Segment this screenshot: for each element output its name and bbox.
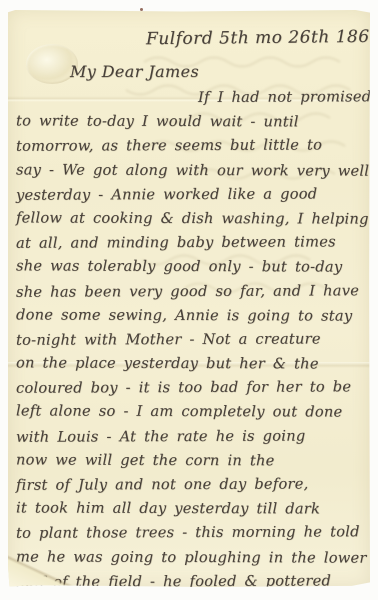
letter-line: me he was going to ploughing in the lowe…	[16, 545, 366, 570]
letter-line: say - We got along with our work very we…	[16, 158, 366, 183]
date-line: Fulford 5th mo 26th 1863	[146, 27, 370, 49]
letter-line: yesterday - Annie worked like a good	[16, 182, 366, 208]
letter-line: first of July and not one day before,	[16, 472, 366, 498]
letter-line: coloured boy - it is too bad for her to …	[16, 375, 366, 401]
letter-line: half of the field - he fooled & pottered	[16, 569, 366, 587]
letter-line: she has been very good so far, and I hav…	[16, 279, 366, 305]
letter-line: now we will get the corn in the	[16, 448, 366, 473]
letter-line: she was tolerably good only - but to-day	[16, 255, 366, 280]
letter-body: If I had not promised to write to-day I …	[16, 86, 366, 587]
letter-line: left alone so - I am completely out done	[16, 400, 366, 425]
letter-line: fellow at cooking & dish washing, I help…	[16, 206, 366, 231]
letter-line: it took him all day yesterday till dark	[16, 497, 366, 522]
letter-line: If I had not promised	[16, 85, 366, 111]
letter-line: with Louis - At the rate he is going	[16, 424, 366, 450]
letter-line: to write to-day I would wait - until	[16, 110, 366, 135]
letter-line: at all, and minding baby between times	[16, 230, 366, 256]
scan-speck	[140, 8, 143, 11]
letter-paper: Fulford 5th mo 26th 1863 My Dear James I…	[8, 10, 370, 587]
letter-line: to plant those trees - this morning he t…	[16, 521, 366, 547]
letter-line: done some sewing, Annie is going to stay	[16, 303, 366, 328]
letter-line: on the place yesterday but her & the	[16, 351, 366, 376]
letter-line: to-night with Mother - Not a creature	[16, 327, 366, 353]
letter-line: tomorrow, as there seems but little to	[16, 134, 366, 160]
salutation: My Dear James	[70, 62, 199, 81]
